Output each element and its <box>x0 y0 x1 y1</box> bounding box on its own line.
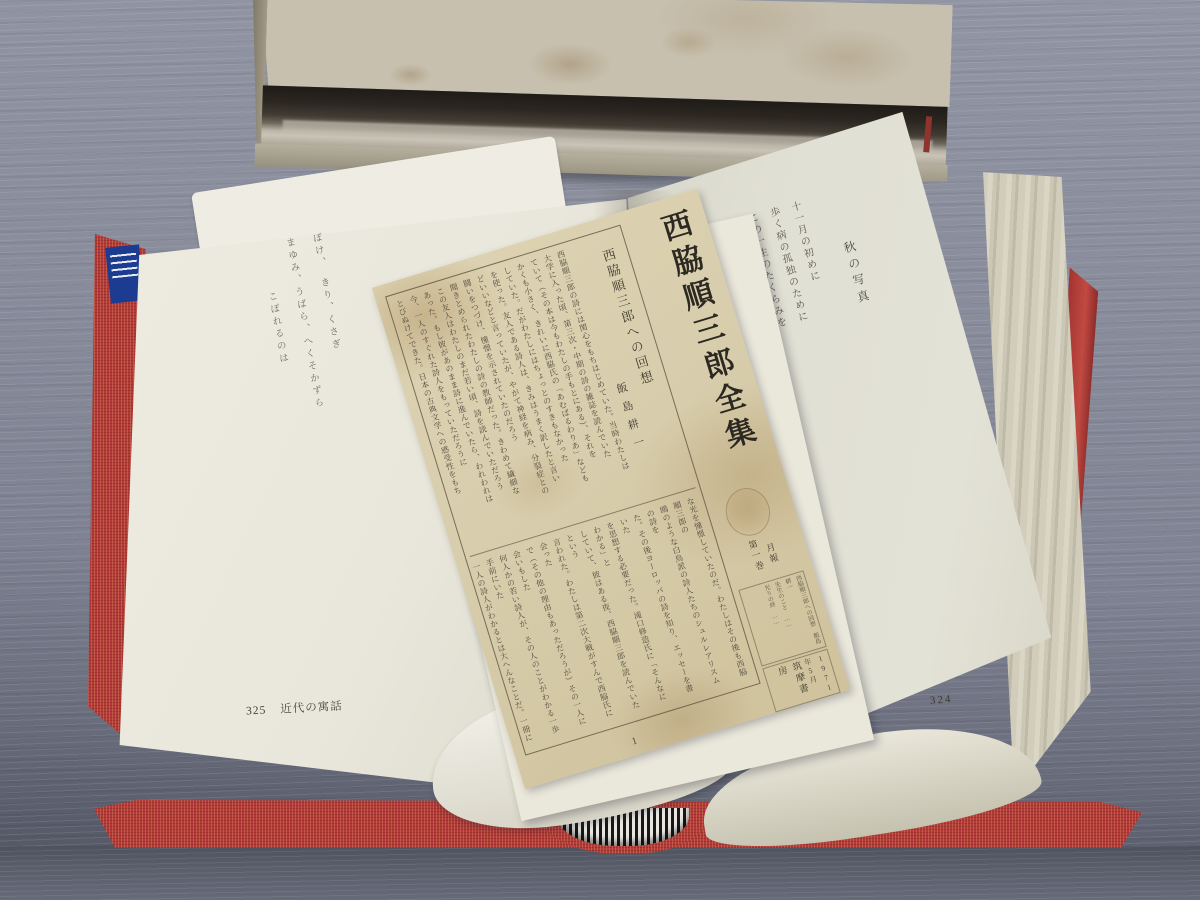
metal-surface-foreground <box>0 846 1200 900</box>
left-section-title: 近代の寓話 <box>280 700 343 715</box>
embossed-seal <box>720 483 776 542</box>
leaflet-page-number: 1 <box>631 736 639 748</box>
left-page-number: 325 <box>246 704 267 717</box>
issue-label: 月報 <box>763 541 782 566</box>
photo-scene: ぼけ、 きり、くさぎまゆみ、うばら、へくそかずら こぼれるのは 325近代の寓話… <box>0 0 1200 900</box>
right-page-number: 324 <box>930 693 953 707</box>
right-page-footer: 324 <box>930 693 953 707</box>
footer-gap <box>266 713 280 714</box>
essay-title: 西脇順三郎への回想 <box>597 246 657 389</box>
